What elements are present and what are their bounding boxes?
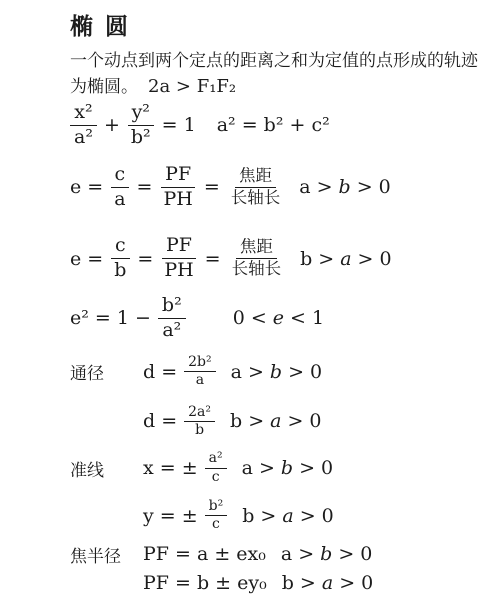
lhs: y = ± <box>143 505 198 527</box>
directrix-row-1: 准线 x = ± a² c a > b > 0 <box>70 451 484 485</box>
abc-relation: a² = b² + c² <box>217 114 330 136</box>
condition-variable: b <box>270 361 282 383</box>
condition: b > a > 0 <box>242 505 334 527</box>
equals-sign: = <box>137 248 153 270</box>
condition-pre: b > <box>230 410 264 432</box>
condition: 0 < e < 1 <box>233 307 324 329</box>
fraction-denominator: 长轴长 <box>228 259 286 279</box>
definition-condition: 2a > F₁F₂ <box>148 76 236 97</box>
fraction-denominator: c <box>208 516 224 532</box>
fraction-numerator: b² <box>205 499 228 516</box>
condition-post: > 0 <box>288 361 322 383</box>
condition-variable: a <box>282 505 293 527</box>
condition-pre: a > <box>299 176 332 198</box>
lhs: x = ± <box>143 457 198 479</box>
fraction-numerator: PF <box>162 235 196 259</box>
standard-equation: x² a² + y² b² = 1 a² = b² + c² <box>70 102 484 149</box>
fraction-denominator: a <box>110 188 129 211</box>
condition-post: < 1 <box>290 307 324 329</box>
condition: b > a > 0 <box>300 248 392 270</box>
fraction-numerator: b² <box>158 295 186 319</box>
fraction-numerator: 焦距 <box>235 167 276 188</box>
fraction-denominator: a² <box>70 126 97 149</box>
condition-post: > 0 <box>299 457 333 479</box>
fraction-denominator: c <box>208 469 224 485</box>
condition-pre: b > <box>282 572 316 594</box>
definition-paragraph: 一个动点到两个定点的距离之和为定值的点形成的轨迹为椭圆。2a > F₁F₂ <box>70 49 487 100</box>
condition-pre: b > <box>242 505 276 527</box>
fraction-2b2-a: 2b² a <box>184 355 215 389</box>
plus-operator: + <box>104 114 120 136</box>
equals-sign: = <box>137 176 153 198</box>
latus-rectum-row-2: d = 2a² b b > a > 0 <box>70 405 484 439</box>
condition-pre: b > <box>300 248 334 270</box>
fraction-2a2-b: 2a² b <box>184 405 215 439</box>
condition-pre: a > <box>281 543 314 565</box>
fraction-focal-distance: 焦距 长轴长 <box>227 167 285 208</box>
condition-post: > 0 <box>358 248 392 270</box>
fraction-denominator: a <box>192 372 208 388</box>
fraction-c-a: c a <box>110 164 129 211</box>
eccentricity-squared-equation: e² = 1 − b² a² 0 < e < 1 <box>70 295 484 342</box>
fraction-pf-ph: PF PH <box>160 235 197 282</box>
condition-post: > 0 <box>339 572 373 594</box>
condition-pre: 0 < <box>233 307 267 329</box>
fraction-numerator: c <box>111 164 130 188</box>
fraction-numerator: c <box>111 235 130 259</box>
fraction-denominator: PH <box>160 259 197 282</box>
condition: a > b > 0 <box>299 176 391 198</box>
condition-variable: a <box>270 410 281 432</box>
fraction-denominator: a² <box>158 319 185 342</box>
fraction-numerator: y² <box>128 102 154 126</box>
fraction-focal-distance: 焦距 长轴长 <box>228 238 286 279</box>
notes-page: 椭 圆 一个动点到两个定点的距离之和为定值的点形成的轨迹为椭圆。2a > F₁F… <box>0 0 488 611</box>
lhs: e = <box>70 176 103 198</box>
definition-text: 一个动点到两个定点的距离之和为定值的点形成的轨迹为椭圆。 <box>70 51 478 97</box>
fraction-x2-a2: x² a² <box>70 102 97 149</box>
fraction-numerator: 2b² <box>184 355 215 372</box>
condition: b > a > 0 <box>282 572 374 594</box>
eccentricity-equation-a: e = c a = PF PH = 焦距 长轴长 a > b > 0 <box>70 164 484 211</box>
equals-sign: = <box>205 248 221 270</box>
condition-variable: b <box>339 176 351 198</box>
fraction-denominator: b² <box>127 126 155 149</box>
fraction-denominator: b <box>110 259 130 282</box>
condition-pre: a > <box>231 361 264 383</box>
eccentricity-equation-b: e = c b = PF PH = 焦距 长轴长 b > a > 0 <box>70 235 484 282</box>
fraction-denominator: PH <box>159 188 196 211</box>
condition-post: > 0 <box>300 505 334 527</box>
condition-post: > 0 <box>338 543 372 565</box>
condition-post: > 0 <box>357 176 391 198</box>
fraction-y2-b2: y² b² <box>127 102 155 149</box>
fraction-a2-c: a² c <box>205 451 227 485</box>
fraction-denominator: b <box>191 422 208 438</box>
focal-radius-row-2: PF = b ± ey₀ b > a > 0 <box>70 572 484 594</box>
fraction-pf-ph: PF PH <box>159 164 196 211</box>
focal-radius-row-1: 焦半径 PF = a ± ex₀ a > b > 0 <box>70 542 484 567</box>
condition-variable: b <box>281 457 293 479</box>
fraction-numerator: 焦距 <box>236 238 277 259</box>
lhs: d = <box>143 410 177 432</box>
directrix-label: 准线 <box>70 456 136 481</box>
fraction-b2-a2: b² a² <box>158 295 186 342</box>
formula: PF = a ± ex₀ <box>143 543 266 565</box>
condition: a > b > 0 <box>281 543 373 565</box>
fraction-c-b: c b <box>110 235 130 282</box>
lhs: e = <box>70 248 103 270</box>
latus-rectum-label: 通径 <box>70 359 136 384</box>
condition-variable: e <box>273 307 284 329</box>
lhs: d = <box>143 361 177 383</box>
condition: a > b > 0 <box>231 361 323 383</box>
fraction-denominator: 长轴长 <box>227 188 285 208</box>
equals-sign: = <box>204 176 220 198</box>
focal-radius-label: 焦半径 <box>70 542 136 567</box>
lhs: e² = 1 − <box>70 307 151 329</box>
latus-rectum-row-1: 通径 d = 2b² a a > b > 0 <box>70 355 484 389</box>
condition-post: > 0 <box>287 410 321 432</box>
condition-variable: a <box>340 248 351 270</box>
fraction-numerator: 2a² <box>184 405 215 422</box>
condition-variable: a <box>322 572 333 594</box>
condition: a > b > 0 <box>242 457 334 479</box>
fraction-numerator: a² <box>205 451 227 468</box>
formula: PF = b ± ey₀ <box>143 572 267 594</box>
page-title: 椭 圆 <box>70 12 484 42</box>
fraction-numerator: x² <box>70 102 96 126</box>
fraction-b2-c: b² c <box>205 499 228 533</box>
condition-variable: b <box>320 543 332 565</box>
condition: b > a > 0 <box>230 410 322 432</box>
equals-one: = 1 <box>162 114 196 136</box>
condition-pre: a > <box>242 457 275 479</box>
directrix-row-2: y = ± b² c b > a > 0 <box>70 499 484 533</box>
fraction-numerator: PF <box>161 164 195 188</box>
